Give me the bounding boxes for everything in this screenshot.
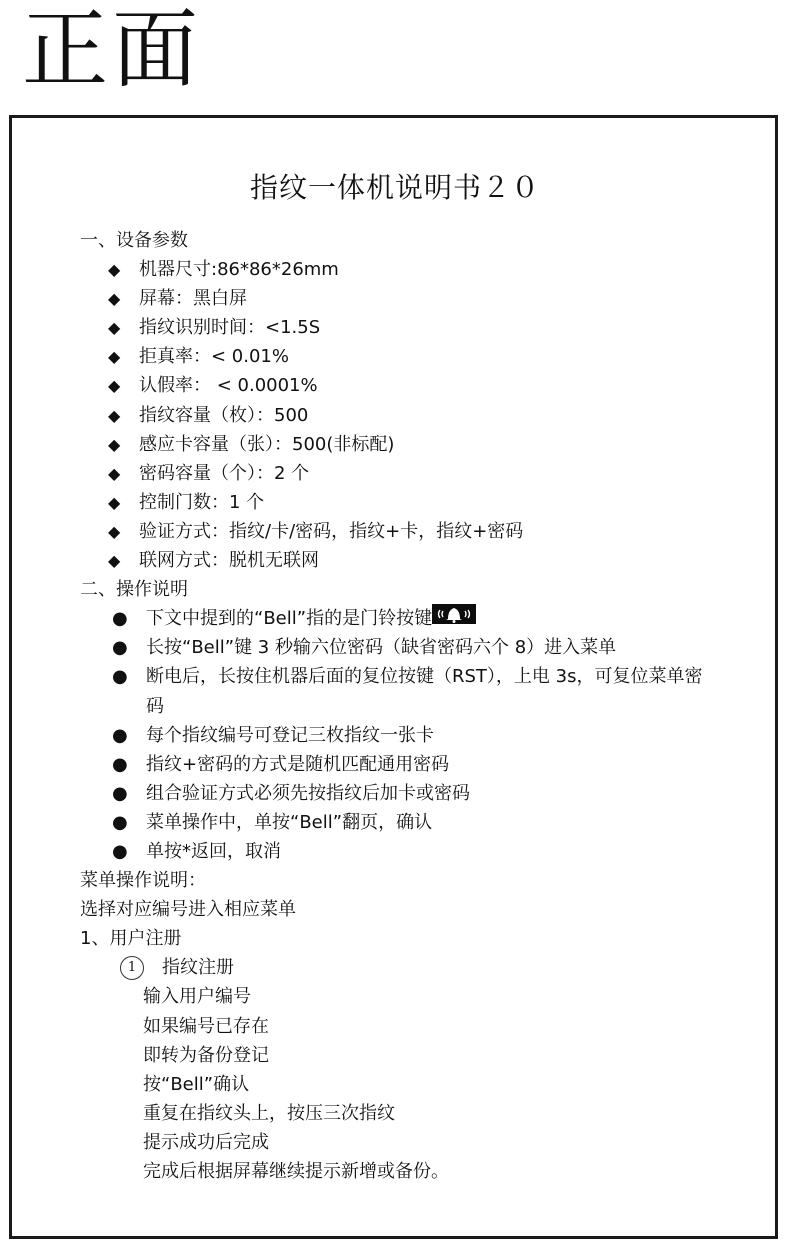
spec-item: ◆机器尺寸:86*86*26mm <box>80 255 740 284</box>
operation-item: ●断电后，长按住机器后面的复位按键（RST），上电 3s，可复位菜单密码 <box>80 662 740 720</box>
operation-item: ●下文中提到的“Bell”指的是门铃按键 <box>80 604 740 633</box>
operation-item: ●指纹+密码的方式是随机匹配通用密码 <box>80 750 740 779</box>
spec-item: ◆联网方式：脱机无联网 <box>80 546 740 575</box>
round-bullet-icon: ● <box>112 779 134 808</box>
menu-intro: 选择对应编号进入相应菜单 <box>80 895 740 924</box>
step-line: 重复在指纹头上，按压三次指纹 <box>80 1099 740 1128</box>
spec-item: ◆指纹容量（枚）：500 <box>80 401 740 430</box>
diamond-bullet-icon: ◆ <box>108 430 130 459</box>
round-bullet-icon: ● <box>112 837 134 866</box>
user-registration-heading: 1、用户注册 <box>80 924 740 953</box>
spec-item: ◆认假率： < 0.0001% <box>80 371 740 400</box>
document-title: 指纹一体机说明书２０ <box>0 170 790 206</box>
spec-item: ◆密码容量（个）：2 个 <box>80 459 740 488</box>
diamond-bullet-icon: ◆ <box>108 459 130 488</box>
round-bullet-icon: ● <box>112 750 134 779</box>
diamond-bullet-icon: ◆ <box>108 488 130 517</box>
doorbell-icon <box>432 604 476 624</box>
step-line: 即转为备份登记 <box>80 1041 740 1070</box>
diamond-bullet-icon: ◆ <box>108 255 130 284</box>
document-body: 一、设备参数 ◆机器尺寸:86*86*26mm ◆屏幕：黑白屏 ◆指纹识别时间：… <box>80 226 740 1186</box>
spec-item: ◆拒真率：< 0.01% <box>80 342 740 371</box>
step-line: 按“Bell”确认 <box>80 1070 740 1099</box>
step-line: 如果编号已存在 <box>80 1012 740 1041</box>
step-line: 提示成功后完成 <box>80 1128 740 1157</box>
fingerprint-registration-step: 1指纹注册 <box>80 953 740 982</box>
diamond-bullet-icon: ◆ <box>108 371 130 400</box>
diamond-bullet-icon: ◆ <box>108 546 130 575</box>
side-label-front: 正面 <box>22 0 202 100</box>
operation-item: ●组合验证方式必须先按指纹后加卡或密码 <box>80 779 740 808</box>
round-bullet-icon: ● <box>112 721 134 750</box>
spec-item: ◆感应卡容量（张）：500(非标配) <box>80 430 740 459</box>
diamond-bullet-icon: ◆ <box>108 517 130 546</box>
operation-item: ●菜单操作中，单按“Bell”翻页，确认 <box>80 808 740 837</box>
menu-heading: 菜单操作说明： <box>80 866 740 895</box>
spec-item: ◆屏幕：黑白屏 <box>80 284 740 313</box>
diamond-bullet-icon: ◆ <box>108 284 130 313</box>
round-bullet-icon: ● <box>112 662 134 691</box>
operation-item: ●单按*返回，取消 <box>80 837 740 866</box>
operation-item: ●长按“Bell”键 3 秒输六位密码（缺省密码六个 8）进入菜单 <box>80 633 740 662</box>
round-bullet-icon: ● <box>112 604 134 633</box>
spec-item: ◆控制门数：1 个 <box>80 488 740 517</box>
diamond-bullet-icon: ◆ <box>108 313 130 342</box>
operation-item: ●每个指纹编号可登记三枚指纹一张卡 <box>80 721 740 750</box>
step-line: 完成后根据屏幕继续提示新增或备份。 <box>80 1157 740 1186</box>
spec-item: ◆指纹识别时间：<1.5S <box>80 313 740 342</box>
step-line: 输入用户编号 <box>80 982 740 1011</box>
diamond-bullet-icon: ◆ <box>108 342 130 371</box>
circled-number-icon: 1 <box>120 956 144 980</box>
spec-item: ◆验证方式：指纹/卡/密码，指纹+卡，指纹+密码 <box>80 517 740 546</box>
section-heading-device-params: 一、设备参数 <box>80 226 740 255</box>
round-bullet-icon: ● <box>112 808 134 837</box>
diamond-bullet-icon: ◆ <box>108 401 130 430</box>
round-bullet-icon: ● <box>112 633 134 662</box>
section-heading-operation: 二、操作说明 <box>80 575 740 604</box>
